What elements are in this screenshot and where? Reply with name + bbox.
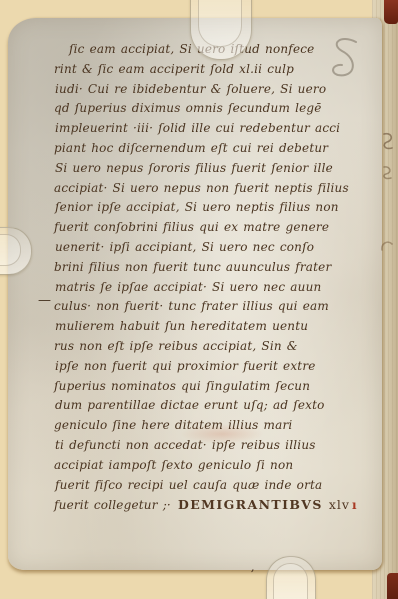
vellum-tab-left-fold [0, 234, 21, 266]
manuscript-line: matris ſe ipſae accipiat· Si uero nec au… [55, 278, 377, 298]
text-block: ſic eam accipiat, Si uero iſtud nonfece … [54, 40, 376, 516]
manuscript-line: ipſe non fuerit qui proximior fuerit ext… [55, 357, 377, 377]
manuscript-line: accipiat· Si uero nepus non fuerit nepti… [54, 179, 376, 199]
vellum-tab-bottom [266, 556, 316, 599]
manuscript-line: dum parentillae dictae erunt uſq; ad ſex… [55, 396, 377, 416]
vellum-tab-top-fold [198, 0, 242, 47]
manuscript-line: rus non eſt ipſe reibus accipiat, Sin & [54, 337, 376, 357]
manuscript-line: rint & ſic eam acciperit ſold xl.ii culp [54, 60, 376, 80]
manuscript-line: brini filius non fuerit tunc auunculus f… [54, 258, 376, 278]
closing-text: fuerit collegetur ;· [54, 496, 171, 516]
manuscript-line: Si uero nepus ſororis filius fuerit ſeni… [55, 159, 377, 179]
binding-fragment-top [384, 0, 398, 24]
facing-page-ink-mark [380, 130, 396, 156]
manuscript-line: uenerit· ipſi accipiant, Si uero nec con… [55, 238, 377, 258]
chapter-number: xlv [329, 495, 350, 515]
facing-page-ink-mark [381, 164, 395, 186]
stray-ink-mark: ’ [249, 568, 254, 580]
manuscript-line: geniculo ſine here ditatem illius mari [54, 416, 376, 436]
chapter-heading: DEMIGRANTIBVS [178, 495, 323, 515]
vellum-tab-bottom-fold [273, 563, 308, 599]
facing-page-ink-mark [379, 238, 395, 258]
manuscript-line: fuerit fiſco recipi uel cauſa quæ inde o… [55, 476, 377, 496]
manuscript-photo: ſic eam accipiat, Si uero iſtud nonfece … [0, 0, 398, 599]
manuscript-line: fuerit conſobrini filius qui ex matre ge… [54, 218, 376, 238]
rubric-mark: ı [352, 496, 357, 516]
manuscript-line: ti defuncti non accedat· ipſe reibus ill… [55, 436, 377, 456]
marginal-dash: — [38, 294, 51, 307]
manuscript-line-with-rubric: fuerit collegetur ;· DEMIGRANTIBVS xlv ı [54, 495, 376, 516]
manuscript-line: accipiat iampoſt ſexto geniculo ſi non [54, 456, 376, 476]
manuscript-line: mulierem habuit ſun hereditatem uentu [55, 317, 377, 337]
manuscript-line: ſenior ipſe accipiat, Si uero neptis fil… [55, 198, 377, 218]
manuscript-line: ſuperius nominatos qui ſingulatim ſecun [54, 377, 376, 397]
manuscript-line: culus· non fuerit· tunc frater illius qu… [54, 297, 376, 317]
manuscript-line: impleuerint ·iii· ſolid ille cui redeben… [55, 119, 377, 139]
manuscript-line: piant hoc diſcernendum eſt cui rei debet… [54, 139, 376, 159]
manuscript-line: iudi· Cui re ibidebentur & ſoluere, Si u… [55, 80, 377, 100]
binding-fragment-bottom [387, 573, 398, 599]
manuscript-line: qd ſuperius diximus omnis ſecundum legē [54, 99, 376, 119]
vellum-tab-top [190, 0, 252, 60]
